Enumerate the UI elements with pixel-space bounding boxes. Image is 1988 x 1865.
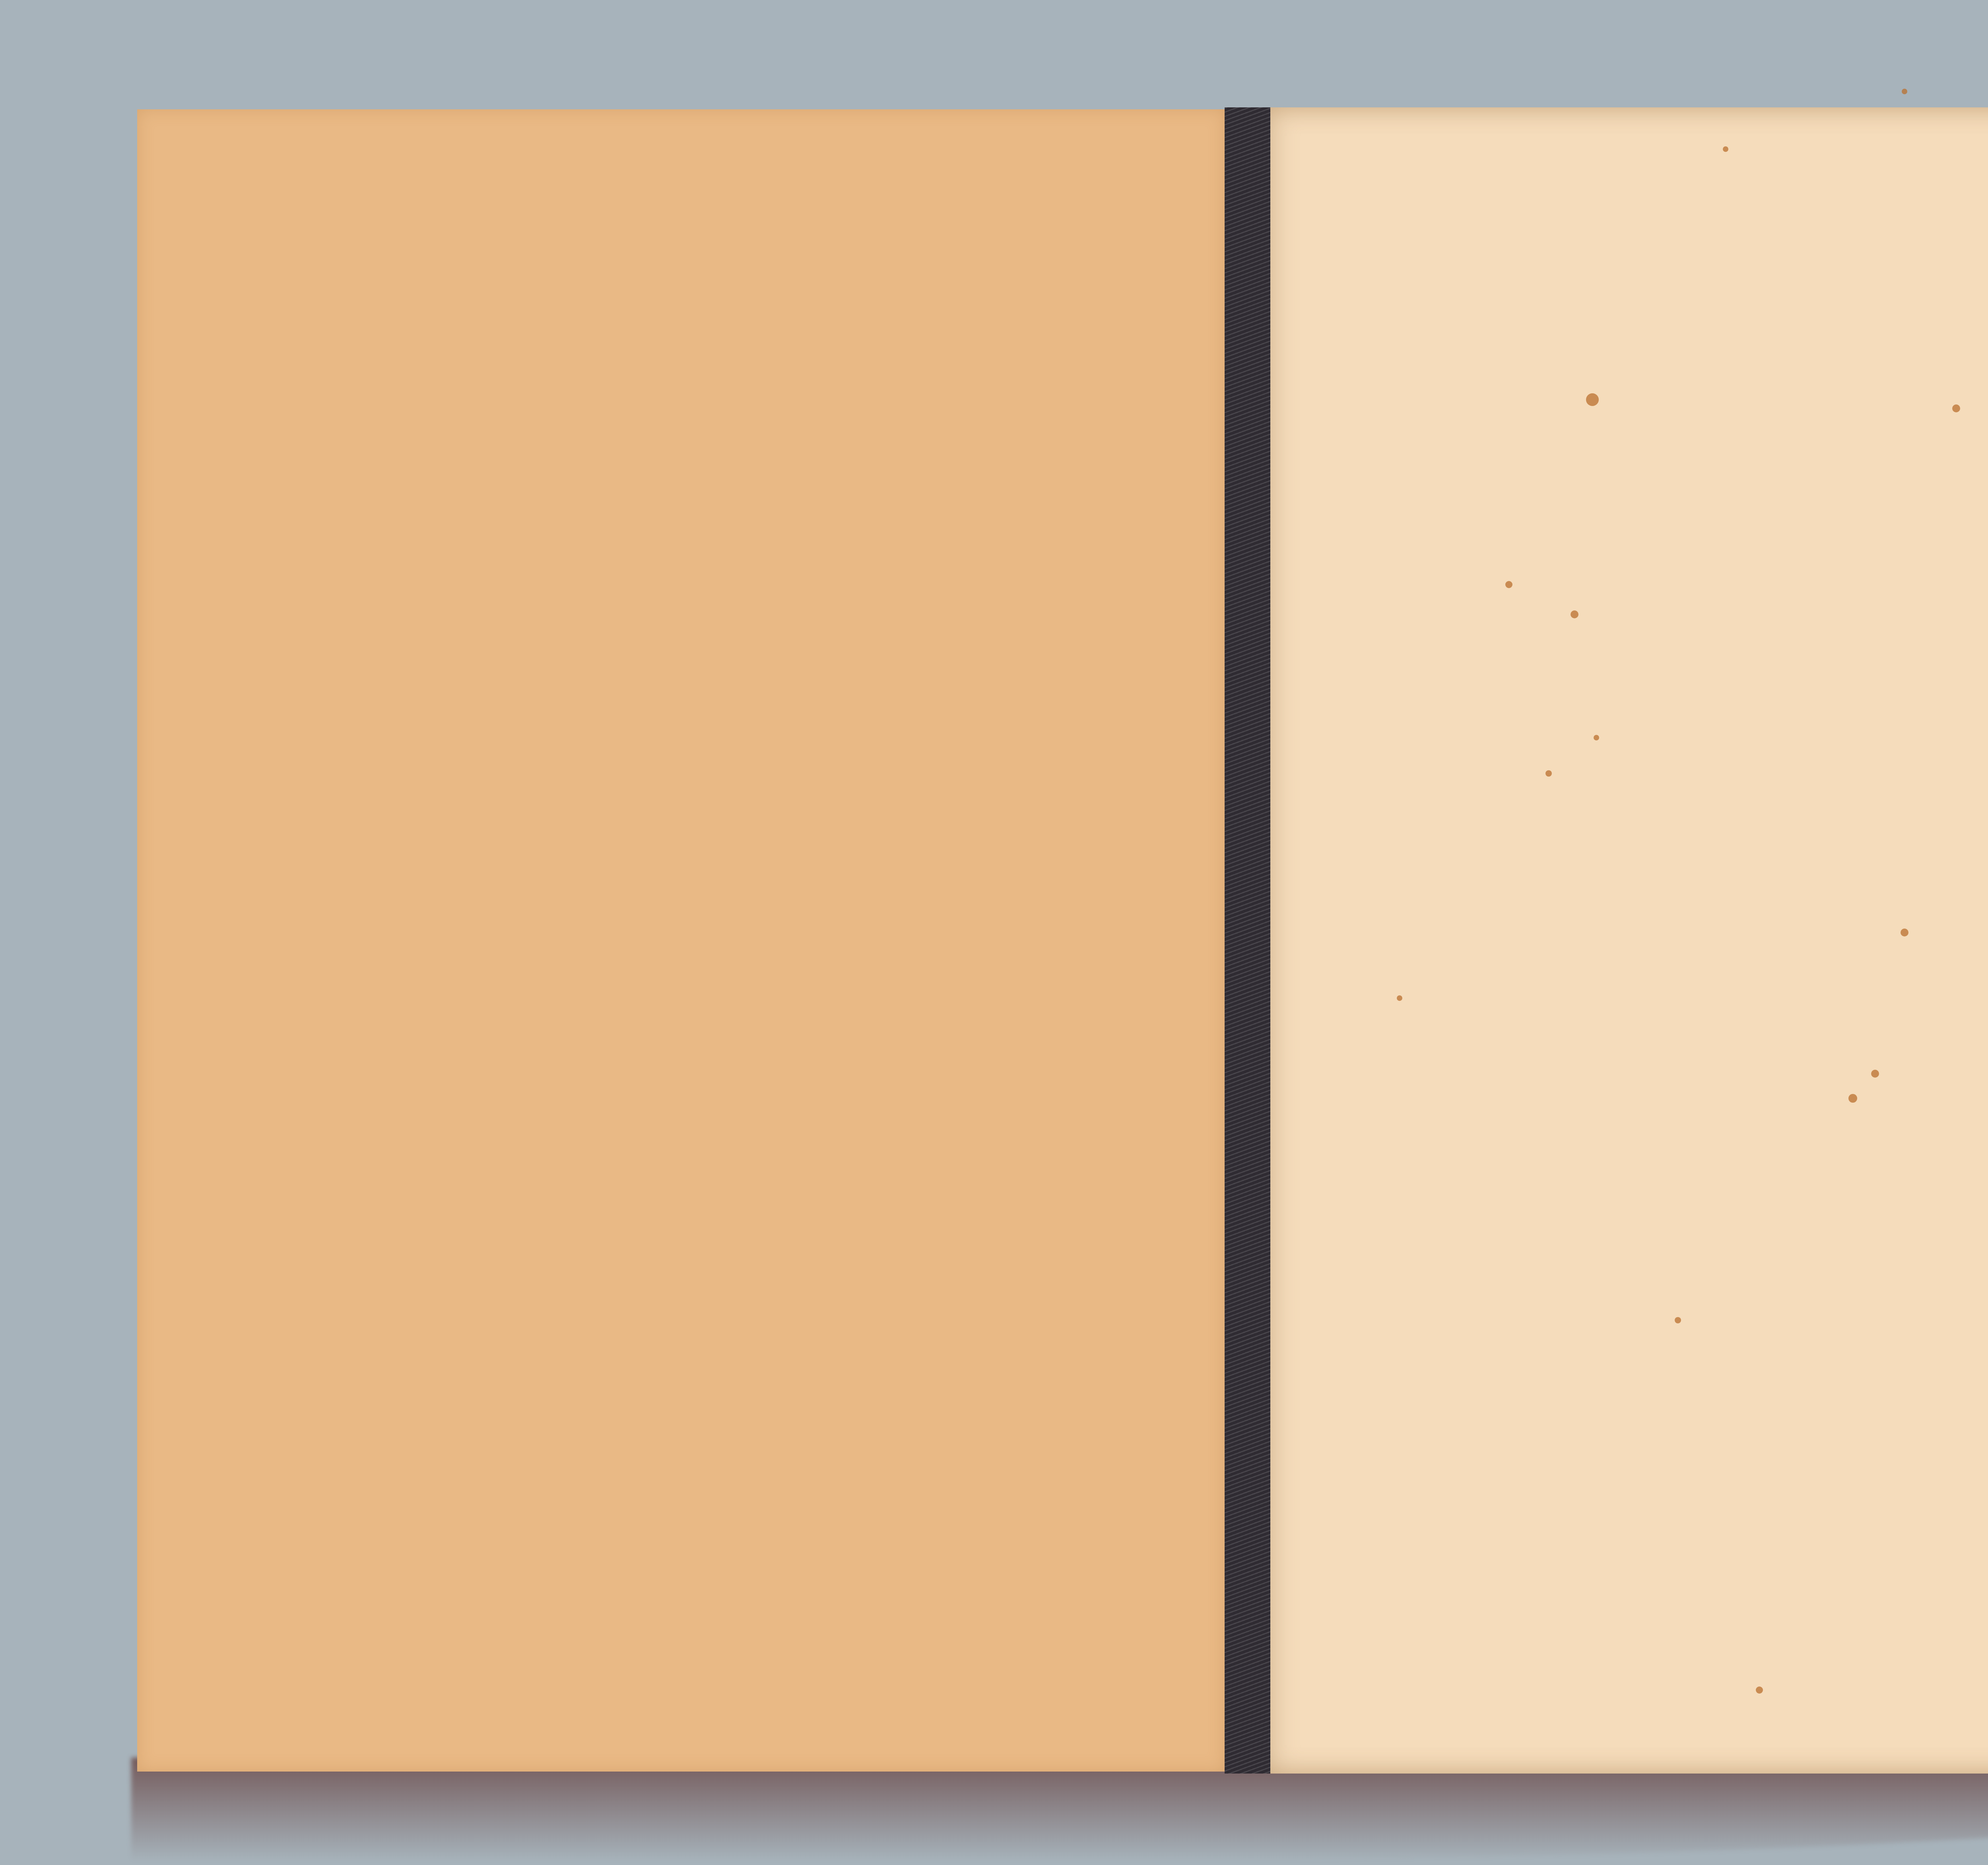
foxing-spot bbox=[1594, 735, 1599, 740]
foxing-spot bbox=[1756, 1686, 1763, 1694]
foxing-spot bbox=[1545, 770, 1552, 777]
foxing-spot bbox=[1675, 1317, 1681, 1323]
photo-scene bbox=[0, 0, 1988, 1865]
right-blank-page bbox=[1270, 107, 1988, 1774]
foxing-spot bbox=[1902, 89, 1907, 94]
foxing-spot bbox=[1586, 393, 1599, 406]
foxing-spot bbox=[1871, 1070, 1879, 1078]
foxing-spot bbox=[1952, 404, 1960, 412]
foxing-spot bbox=[1901, 929, 1908, 936]
foxing-spot bbox=[1397, 995, 1402, 1001]
foxing-spot bbox=[1723, 146, 1728, 152]
left-endpaper-page bbox=[137, 109, 1225, 1772]
foxing-spot bbox=[1505, 581, 1512, 588]
foxing-spot bbox=[1571, 610, 1578, 618]
cloth-spine-tape bbox=[1225, 107, 1270, 1774]
foxing-spot bbox=[1848, 1094, 1857, 1103]
